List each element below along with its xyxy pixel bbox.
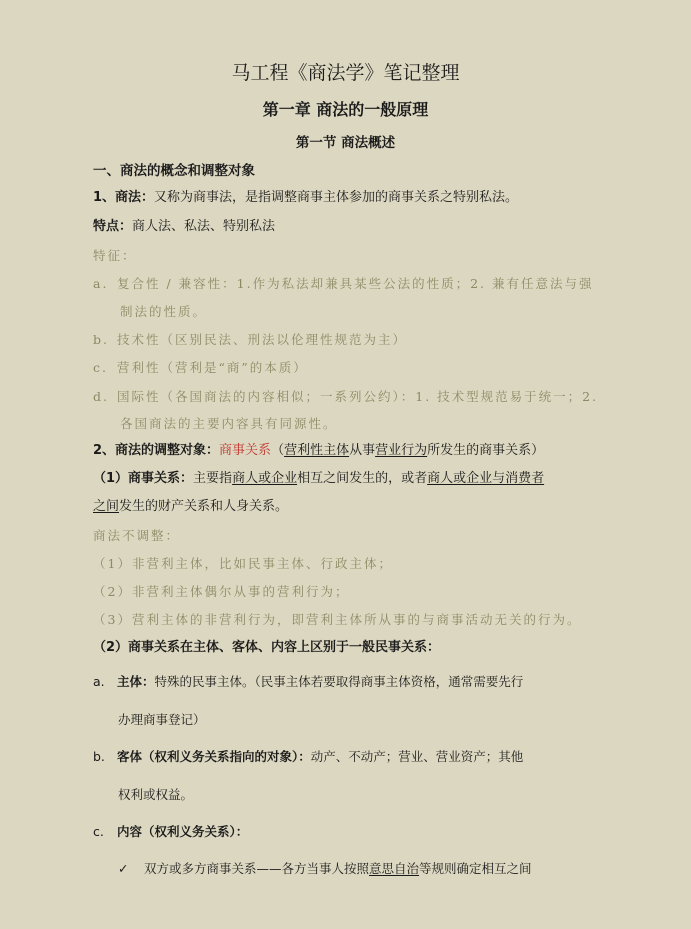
feature-item-a-cont: 制法的性质。 bbox=[120, 304, 207, 320]
feature-item-a: a.复合性 / 兼容性：1.作为私法却兼具某些公法的性质；2. 兼有任意法与强 bbox=[93, 276, 594, 292]
definition-line: 1、商法：又称为商事法，是指调整商事主体参加的商事关系之特别私法。 bbox=[93, 190, 518, 206]
object-line: 2、商法的调整对象：商事关系（营利性主体从事营业行为所发生的商事关系） bbox=[93, 443, 544, 459]
object-tail: 所发生的商事关系） bbox=[427, 443, 544, 458]
traits-line: 特点：商人法、私法、特别私法 bbox=[93, 219, 275, 235]
relation1-line: （1）商事关系：主要指商人或企业相互之间发生的，或者商人或企业与消费者 bbox=[93, 471, 544, 487]
check-item: ✓双方或多方商事关系——各方当事人按照意思自治等规则确定相互之间 bbox=[118, 861, 532, 877]
definition-text: 又称为商事法，是指调整商事主体参加的商事关系之特别私法。 bbox=[154, 190, 518, 205]
diff-item-a: a.主体：特殊的民事主体。（民事主体若要取得商事主体资格，通常需要先行 bbox=[93, 674, 523, 690]
diff-text: 动产、不动产；营业、营业资产；其他 bbox=[311, 749, 524, 764]
underlined-term: 营业行为 bbox=[375, 443, 427, 458]
list-marker: c. bbox=[93, 360, 117, 376]
underlined-term: 意思自治 bbox=[369, 861, 419, 876]
list-marker: d. bbox=[93, 389, 117, 405]
feature-text: 复合性 / 兼容性：1.作为私法却兼具某些公法的性质；2. 兼有任意法与强 bbox=[117, 276, 594, 291]
check-text: 等规则确定相互之间 bbox=[419, 861, 532, 876]
section-heading: 第一节 商法概述 bbox=[0, 134, 691, 152]
diff-label: 内容（权利义务关系）： bbox=[117, 824, 248, 839]
feature-text: 国际性（各国商法的内容相似；一系列公约）：1. 技术型规范易于统一；2. bbox=[117, 389, 598, 404]
heading-concept: 一、商法的概念和调整对象 bbox=[93, 163, 255, 179]
diff-label: 客体（权利义务关系指向的对象）： bbox=[117, 749, 311, 764]
features-label: 特征： bbox=[93, 248, 137, 264]
list-marker: b. bbox=[93, 749, 117, 765]
feature-item-c: c.营利性（营利是“商”的本质） bbox=[93, 360, 308, 376]
not-regulated-label: 商法不调整： bbox=[93, 528, 180, 544]
feature-text: 技术性（区别民法、刑法以伦理性规范为主） bbox=[117, 332, 407, 347]
relation1-text: 主要指 bbox=[193, 471, 232, 486]
relation1-text: 相互之间发生的，或者 bbox=[297, 471, 427, 486]
underlined-term: 商人或企业 bbox=[232, 471, 297, 486]
chapter-heading: 第一章 商法的一般原理 bbox=[0, 100, 691, 120]
list-marker: c. bbox=[93, 824, 117, 840]
document-title: 马工程《商法学》笔记整理 bbox=[0, 62, 691, 84]
diff-item-a-cont: 办理商事登记） bbox=[118, 712, 206, 728]
traits-text: 商人法、私法、特别私法 bbox=[132, 219, 275, 234]
feature-item-d: d.国际性（各国商法的内容相似；一系列公约）：1. 技术型规范易于统一；2. bbox=[93, 389, 598, 405]
check-text: 双方或多方商事关系——各方当事人按照 bbox=[144, 861, 369, 876]
diff-item-b-cont: 权利或权益。 bbox=[118, 787, 193, 803]
feature-text: 营利性（营利是“商”的本质） bbox=[117, 360, 308, 375]
not-regulated-item: （2）非营利主体偶尔从事的营利行为； bbox=[93, 584, 349, 600]
feature-item-b: b.技术性（区别民法、刑法以伦理性规范为主） bbox=[93, 332, 407, 348]
not-regulated-item: （3）营利主体的非营利行为，即营利主体所从事的与商事活动无关的行为。 bbox=[93, 612, 581, 628]
relation2-heading: （2）商事关系在主体、客体、内容上区别于一般民事关系： bbox=[93, 640, 440, 656]
not-regulated-item: （1）非营利主体，比如民事主体、行政主体； bbox=[93, 556, 393, 572]
diff-item-b: b.客体（权利义务关系指向的对象）：动产、不动产；营业、营业资产；其他 bbox=[93, 749, 523, 765]
diff-label: 主体： bbox=[117, 674, 155, 689]
traits-label: 特点： bbox=[93, 219, 132, 234]
list-marker: b. bbox=[93, 332, 117, 348]
feature-item-d-cont: 各国商法的主要内容具有同源性。 bbox=[120, 416, 338, 432]
check-icon: ✓ bbox=[118, 861, 144, 877]
diff-item-c: c.内容（权利义务关系）： bbox=[93, 824, 248, 840]
object-highlight: 商事关系 bbox=[219, 443, 271, 458]
underlined-term: 营利性主体 bbox=[284, 443, 349, 458]
diff-text: 特殊的民事主体。（民事主体若要取得商事主体资格，通常需要先行 bbox=[155, 674, 524, 689]
underlined-term: 之间 bbox=[93, 499, 119, 514]
underlined-term: 商人或企业与消费者 bbox=[427, 471, 544, 486]
relation1-label: （1）商事关系： bbox=[93, 471, 193, 486]
relation1-text: 发生的财产关系和人身关系。 bbox=[119, 499, 288, 514]
object-mid: 从事 bbox=[349, 443, 375, 458]
list-marker: a. bbox=[93, 674, 117, 690]
object-label: 2、商法的调整对象： bbox=[93, 443, 219, 458]
definition-label: 1、商法： bbox=[93, 190, 154, 205]
relation1-cont: 之间发生的财产关系和人身关系。 bbox=[93, 499, 288, 515]
list-marker: a. bbox=[93, 276, 117, 292]
document-page: 马工程《商法学》笔记整理 第一章 商法的一般原理 第一节 商法概述 一、商法的概… bbox=[0, 0, 691, 929]
paren: （ bbox=[271, 443, 284, 458]
